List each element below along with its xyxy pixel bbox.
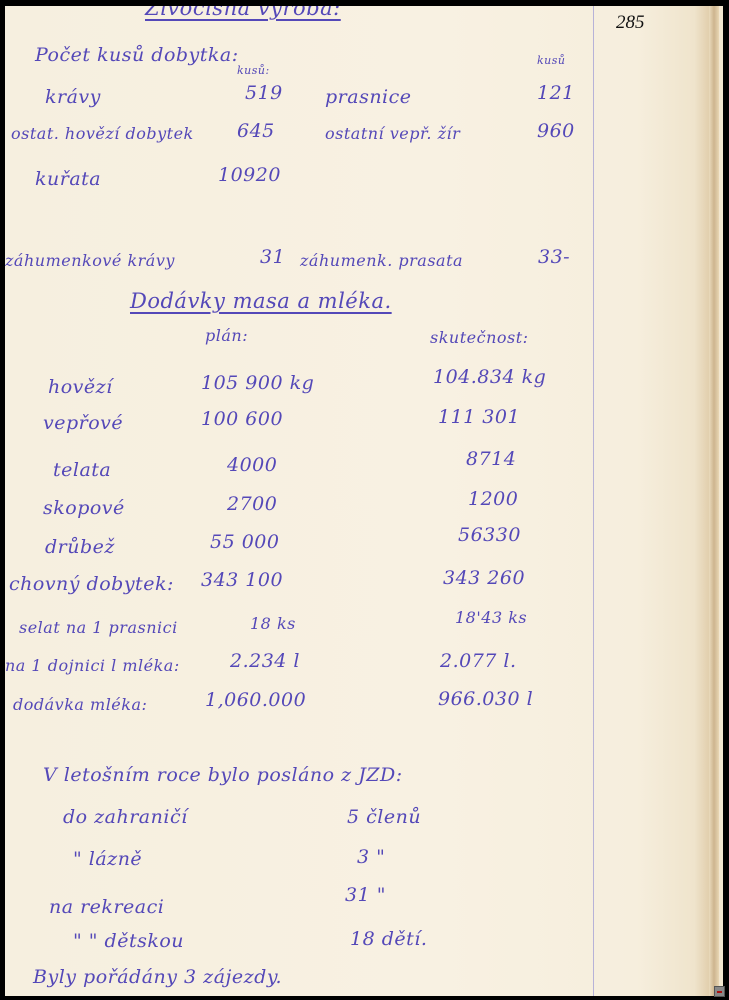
delivery-label: skopové	[43, 497, 125, 519]
delivery-actual: 2.077 l.	[440, 650, 517, 672]
private-livestock-value: 31	[260, 246, 285, 268]
livestock-label: ostat. hovězí dobytek	[11, 124, 194, 143]
livestock-value: 960	[537, 120, 575, 142]
sent-label: " " dětskou	[73, 930, 184, 952]
delivery-actual: 104.834 kg	[433, 366, 546, 388]
delivery-actual: 18'43 ks	[455, 608, 527, 627]
delivery-actual: 8714	[466, 448, 516, 470]
livestock-value: 519	[245, 82, 283, 104]
document-page: 285 Živočišná výroba: Počet kusů dobytka…	[5, 6, 723, 996]
column-header-actual: skutečnost:	[430, 328, 529, 347]
sent-label: " lázně	[73, 848, 142, 870]
livestock-value: 10920	[218, 164, 281, 186]
private-livestock-value: 33-	[538, 246, 570, 268]
delivery-label: vepřové	[43, 412, 123, 434]
delivery-actual: 966.030 l	[438, 688, 533, 710]
delivery-label: dodávka mléka:	[13, 695, 147, 714]
private-livestock-label: záhumenkové krávy	[5, 251, 175, 270]
private-livestock-label: záhumenk. prasata	[300, 251, 463, 270]
unit-label-left: kusů:	[237, 64, 270, 77]
delivery-label: drůbež	[45, 536, 115, 558]
sent-value: 18 dětí.	[350, 928, 427, 950]
delivery-plan: 100 600	[201, 408, 283, 430]
delivery-plan: 18 ks	[250, 614, 296, 633]
delivery-label: selat na 1 prasnici	[19, 618, 178, 637]
unit-label-right: kusů	[537, 54, 565, 67]
delivery-label: chovný dobytek:	[9, 573, 174, 595]
delivery-plan: 1,060.000	[205, 689, 306, 711]
delivery-plan: 4000	[227, 454, 277, 476]
livestock-value: 645	[237, 120, 275, 142]
section-title-livestock: Živočišná výroba:	[145, 6, 341, 20]
delivery-plan: 2.234 l	[230, 650, 300, 672]
delivery-actual: 56330	[458, 524, 521, 546]
page-fold-edge	[709, 6, 719, 996]
livestock-value: 121	[537, 82, 575, 104]
sent-value: 5 členů	[347, 806, 421, 828]
livestock-label: kuřata	[35, 168, 101, 190]
delivery-plan: 343 100	[201, 569, 283, 591]
delivery-actual: 343 260	[443, 567, 525, 589]
livestock-label: prasnice	[325, 86, 412, 108]
livestock-subtitle: Počet kusů dobytka:	[35, 44, 239, 66]
section-title-deliveries: Dodávky masa a mléka.	[130, 289, 392, 313]
page-number: 285	[616, 12, 645, 34]
delivery-plan: 2700	[227, 493, 277, 515]
livestock-label: ostatní vepř. žír	[325, 124, 460, 143]
sent-closing: Byly pořádány 3 zájezdy.	[33, 966, 282, 988]
sent-value: 31 "	[345, 884, 386, 906]
margin-line	[593, 6, 594, 996]
livestock-label: krávy	[45, 86, 101, 108]
delivery-label: telata	[53, 459, 111, 481]
delivery-actual: 111 301	[438, 406, 520, 428]
delivery-label: hovězí	[48, 376, 113, 398]
sent-label: do zahraničí	[63, 806, 188, 828]
viewer-corner-button[interactable]	[714, 986, 725, 997]
delivery-label: na 1 dojnici l mléka:	[5, 656, 180, 675]
delivery-plan: 105 900 kg	[201, 372, 314, 394]
column-header-plan: plán:	[205, 326, 248, 345]
delivery-actual: 1200	[468, 488, 518, 510]
delivery-plan: 55 000	[210, 531, 279, 553]
sent-intro: V letošním roce bylo posláno z JZD:	[43, 764, 403, 786]
sent-label: na rekreaci	[49, 896, 164, 918]
sent-value: 3 "	[357, 846, 385, 868]
